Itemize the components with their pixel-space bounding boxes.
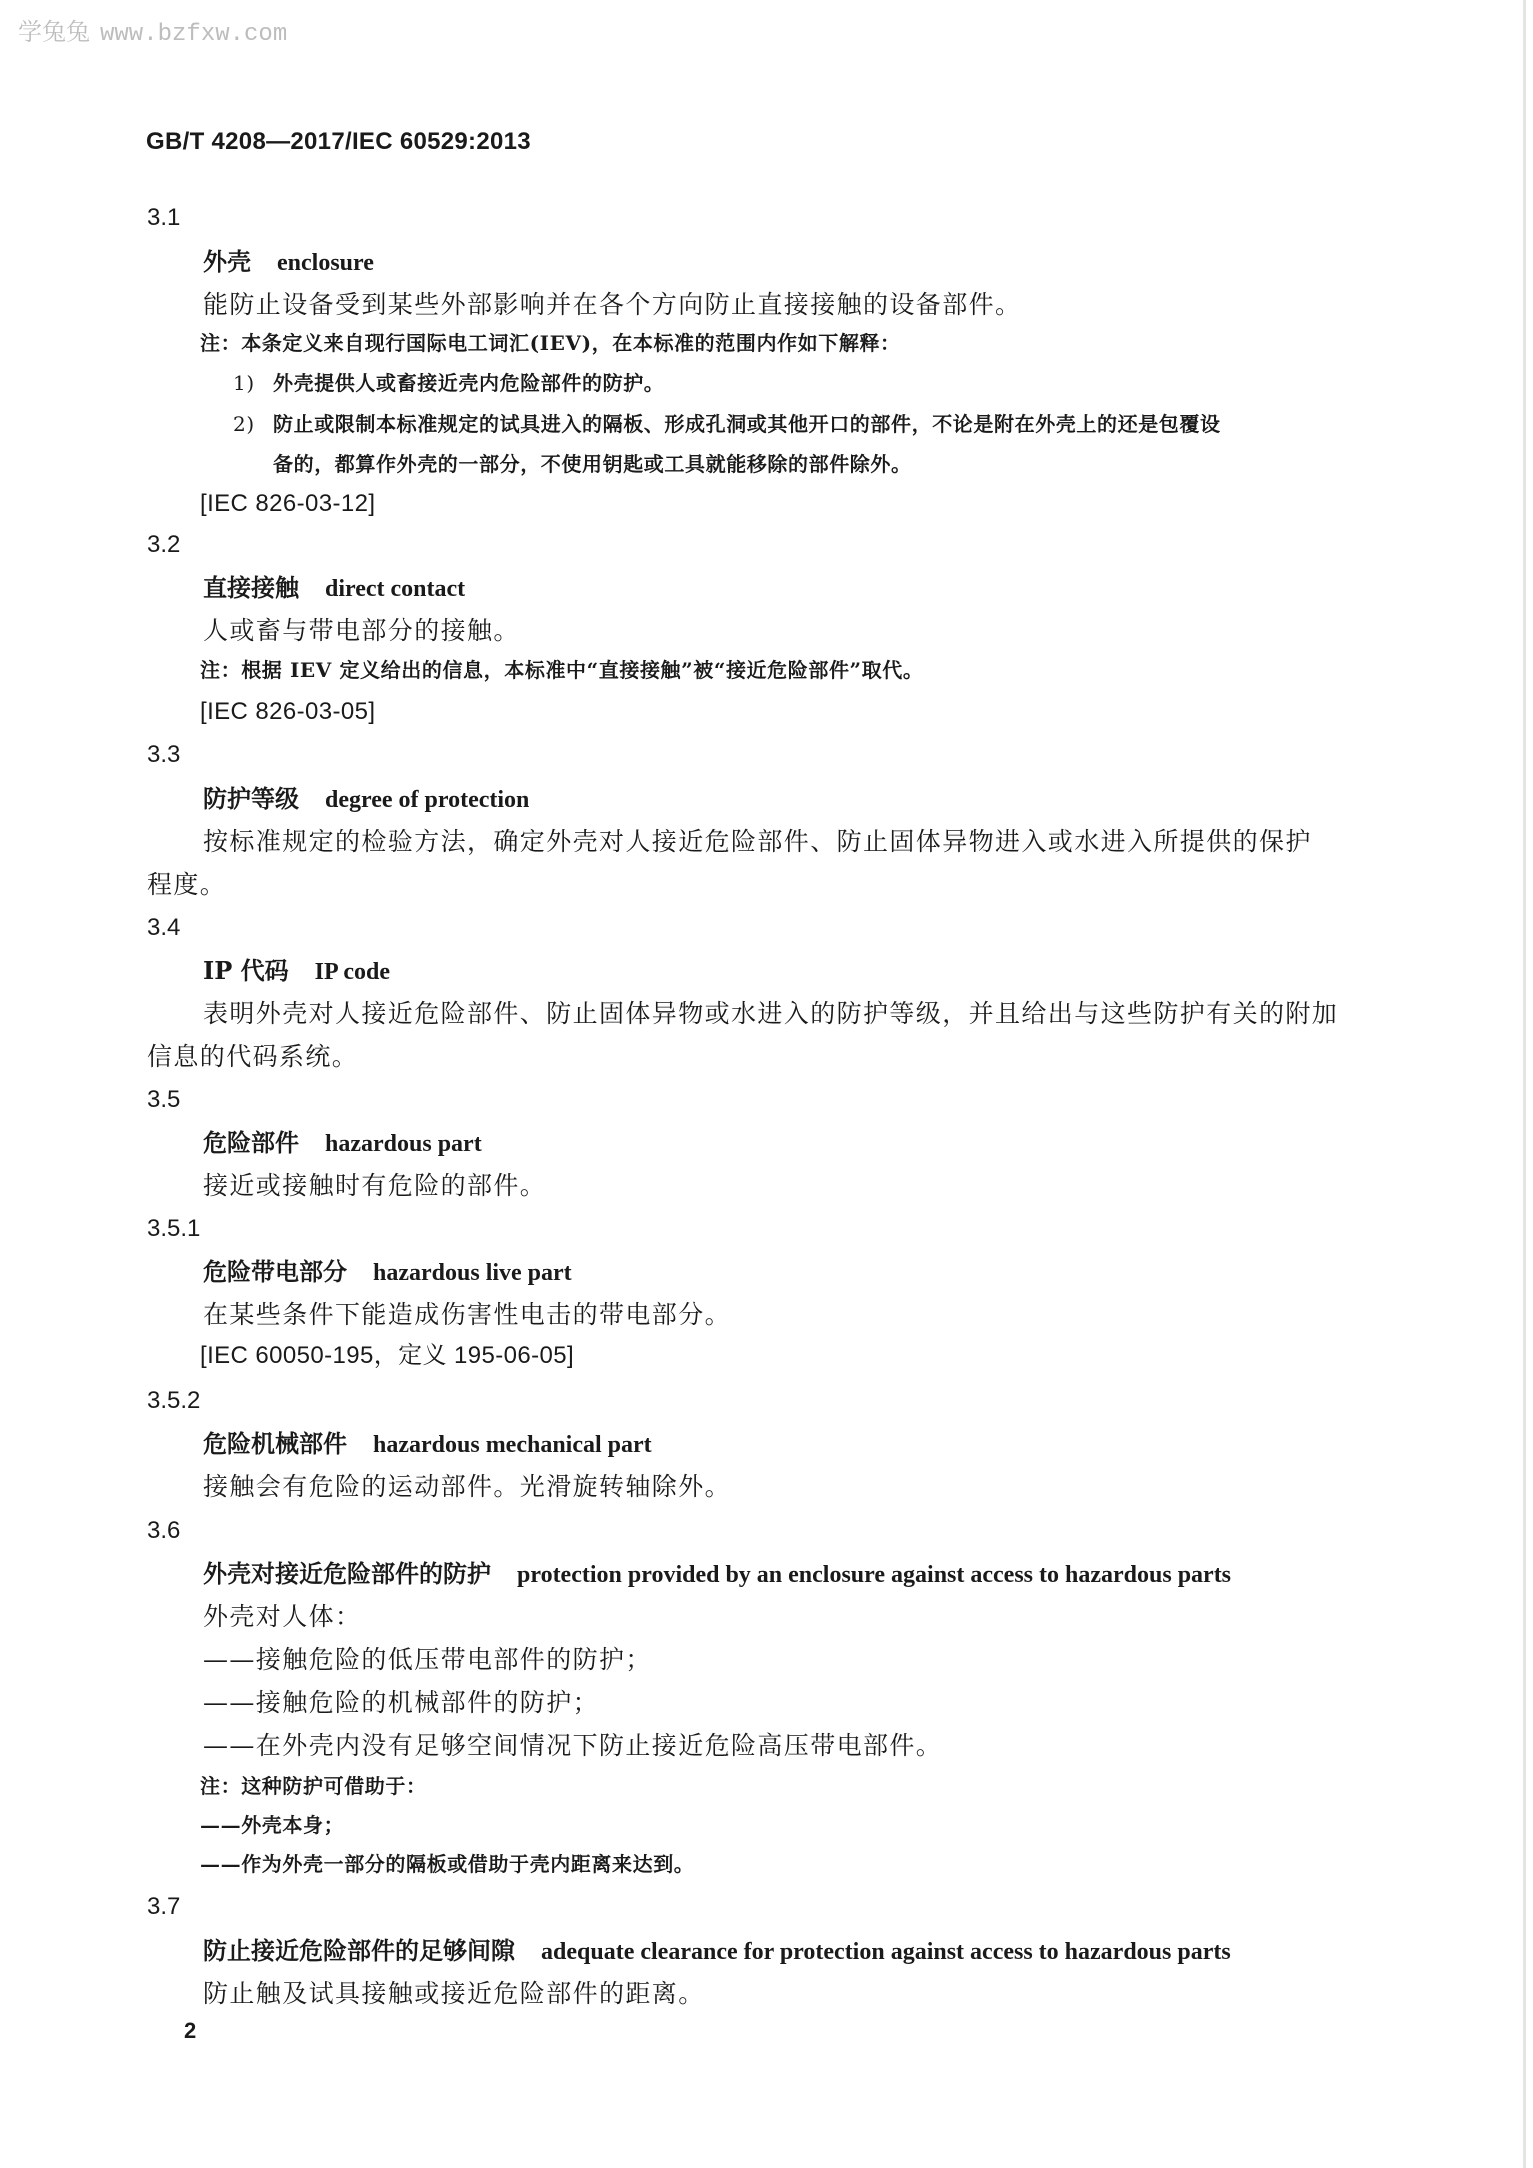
term-en: hazardous live part (373, 1260, 572, 1286)
term-zh: 防护等级 (203, 784, 299, 813)
note-dash-item: ——作为外壳一部分的隔板或借助于壳内距离来达到。 (200, 1854, 694, 1874)
term-zh: 防止接近危险部件的足够间隙 (203, 1936, 515, 1965)
term-zh: 危险带电部分 (203, 1257, 347, 1286)
note-item-number: 1) (233, 373, 273, 393)
reference: [IEC 826-03-12] (200, 492, 375, 516)
definition: 人或畜与带电部分的接触。 (203, 618, 520, 643)
reference: [IEC 826-03-05] (200, 700, 375, 724)
note-item-continuation: 备的，都算作外壳的一部分，不使用钥匙或工具就能移除的部件除外。 (273, 454, 912, 474)
term-heading: 危险机械部件hazardous mechanical part (203, 1432, 652, 1457)
clause-number: 3.4 (147, 916, 180, 940)
note-item-number: 2) (233, 414, 273, 434)
term-zh: 危险机械部件 (203, 1429, 347, 1458)
definition: 外壳对人体： (203, 1604, 361, 1629)
page-number: 2 (184, 2020, 196, 2042)
clause-number: 3.1 (147, 206, 180, 230)
watermark-url: www.bzfxw.com (100, 21, 287, 48)
clause-number: 3.6 (147, 1519, 180, 1543)
definition: 表明外壳对人接近危险部件、防止固体异物或水进入的防护等级，并且给出与这些防护有关… (203, 1001, 1338, 1026)
term-zh: IP 代码 (203, 956, 289, 985)
term-zh: 外壳 (203, 247, 251, 276)
term-zh: 危险部件 (203, 1128, 299, 1157)
definition: 在某些条件下能造成伤害性电击的带电部分。 (203, 1302, 731, 1327)
note: 注：这种防护可借助于： (200, 1776, 427, 1796)
reference: [IEC 60050-195，定义 195-06-05] (200, 1344, 574, 1368)
definition: 防止触及试具接触或接近危险部件的距离。 (203, 1981, 705, 2006)
note: 注：根据 IEV 定义给出的信息，本标准中“直接接触”被“接近危险部件”取代。 (200, 660, 923, 680)
clause-number: 3.5 (147, 1088, 180, 1112)
note-item: 1)外壳提供人或畜接近壳内危险部件的防护。 (233, 373, 664, 393)
term-en: IP code (315, 959, 390, 985)
note: 注：本条定义来自现行国际电工词汇(IEV)，在本标准的范围内作如下解释： (200, 333, 901, 353)
note-item: 2)防止或限制本标准规定的试具进入的隔板、形成孔洞或其他开口的部件，不论是附在外… (233, 414, 1221, 434)
term-en: adequate clearance for protection agains… (541, 1939, 1231, 1965)
term-en: hazardous part (325, 1131, 482, 1157)
term-en: degree of protection (325, 787, 529, 813)
standard-header: GB/T 4208—2017/IEC 60529:2013 (146, 130, 531, 154)
term-heading: 防止接近危险部件的足够间隙adequate clearance for prot… (203, 1939, 1231, 1964)
term-en: direct contact (325, 576, 465, 602)
page-edge-line (1523, 0, 1526, 2168)
definition: 按标准规定的检验方法，确定外壳对人接近危险部件、防止固体异物进入或水进入所提供的… (203, 829, 1312, 854)
term-zh: 外壳对接近危险部件的防护 (203, 1559, 491, 1588)
term-heading: 直接接触direct contact (203, 576, 465, 601)
clause-number: 3.5.2 (147, 1389, 200, 1413)
dash-list-item: ——接触危险的低压带电部件的防护； (203, 1647, 652, 1672)
term-heading: IP 代码IP code (203, 959, 390, 984)
term-zh: 直接接触 (203, 573, 299, 602)
clause-number: 3.3 (147, 743, 180, 767)
dash-list-item: ——接触危险的机械部件的防护； (203, 1690, 599, 1715)
clause-number: 3.2 (147, 533, 180, 557)
watermark-site-name: 学兔兔 (18, 18, 90, 46)
term-heading: 外壳enclosure (203, 250, 374, 275)
term-heading: 危险部件hazardous part (203, 1131, 482, 1156)
term-heading: 防护等级degree of protection (203, 787, 529, 812)
clause-number: 3.5.1 (147, 1217, 200, 1241)
term-heading: 外壳对接近危险部件的防护protection provided by an en… (203, 1562, 1231, 1587)
definition: 接触会有危险的运动部件。光滑旋转轴除外。 (203, 1474, 731, 1499)
term-en: hazardous mechanical part (373, 1432, 652, 1458)
term-en: enclosure (277, 250, 374, 276)
term-heading: 危险带电部分hazardous live part (203, 1260, 572, 1285)
note-item-text: 外壳提供人或畜接近壳内危险部件的防护。 (273, 371, 664, 395)
definition-continuation: 程度。 (147, 872, 226, 897)
clause-number: 3.7 (147, 1895, 180, 1919)
dash-list-item: ——在外壳内没有足够空间情况下防止接近危险高压带电部件。 (203, 1733, 942, 1758)
note-dash-item: ——外壳本身； (200, 1815, 344, 1835)
definition: 能防止设备受到某些外部影响并在各个方向防止直接接触的设备部件。 (203, 292, 1021, 317)
note-item-text: 防止或限制本标准规定的试具进入的隔板、形成孔洞或其他开口的部件，不论是附在外壳上… (273, 412, 1221, 436)
definition-continuation: 信息的代码系统。 (147, 1044, 358, 1069)
watermark: 学兔兔www.bzfxw.com (18, 20, 287, 47)
term-en: protection provided by an enclosure agai… (517, 1562, 1231, 1588)
definition: 接近或接触时有危险的部件。 (203, 1173, 546, 1198)
